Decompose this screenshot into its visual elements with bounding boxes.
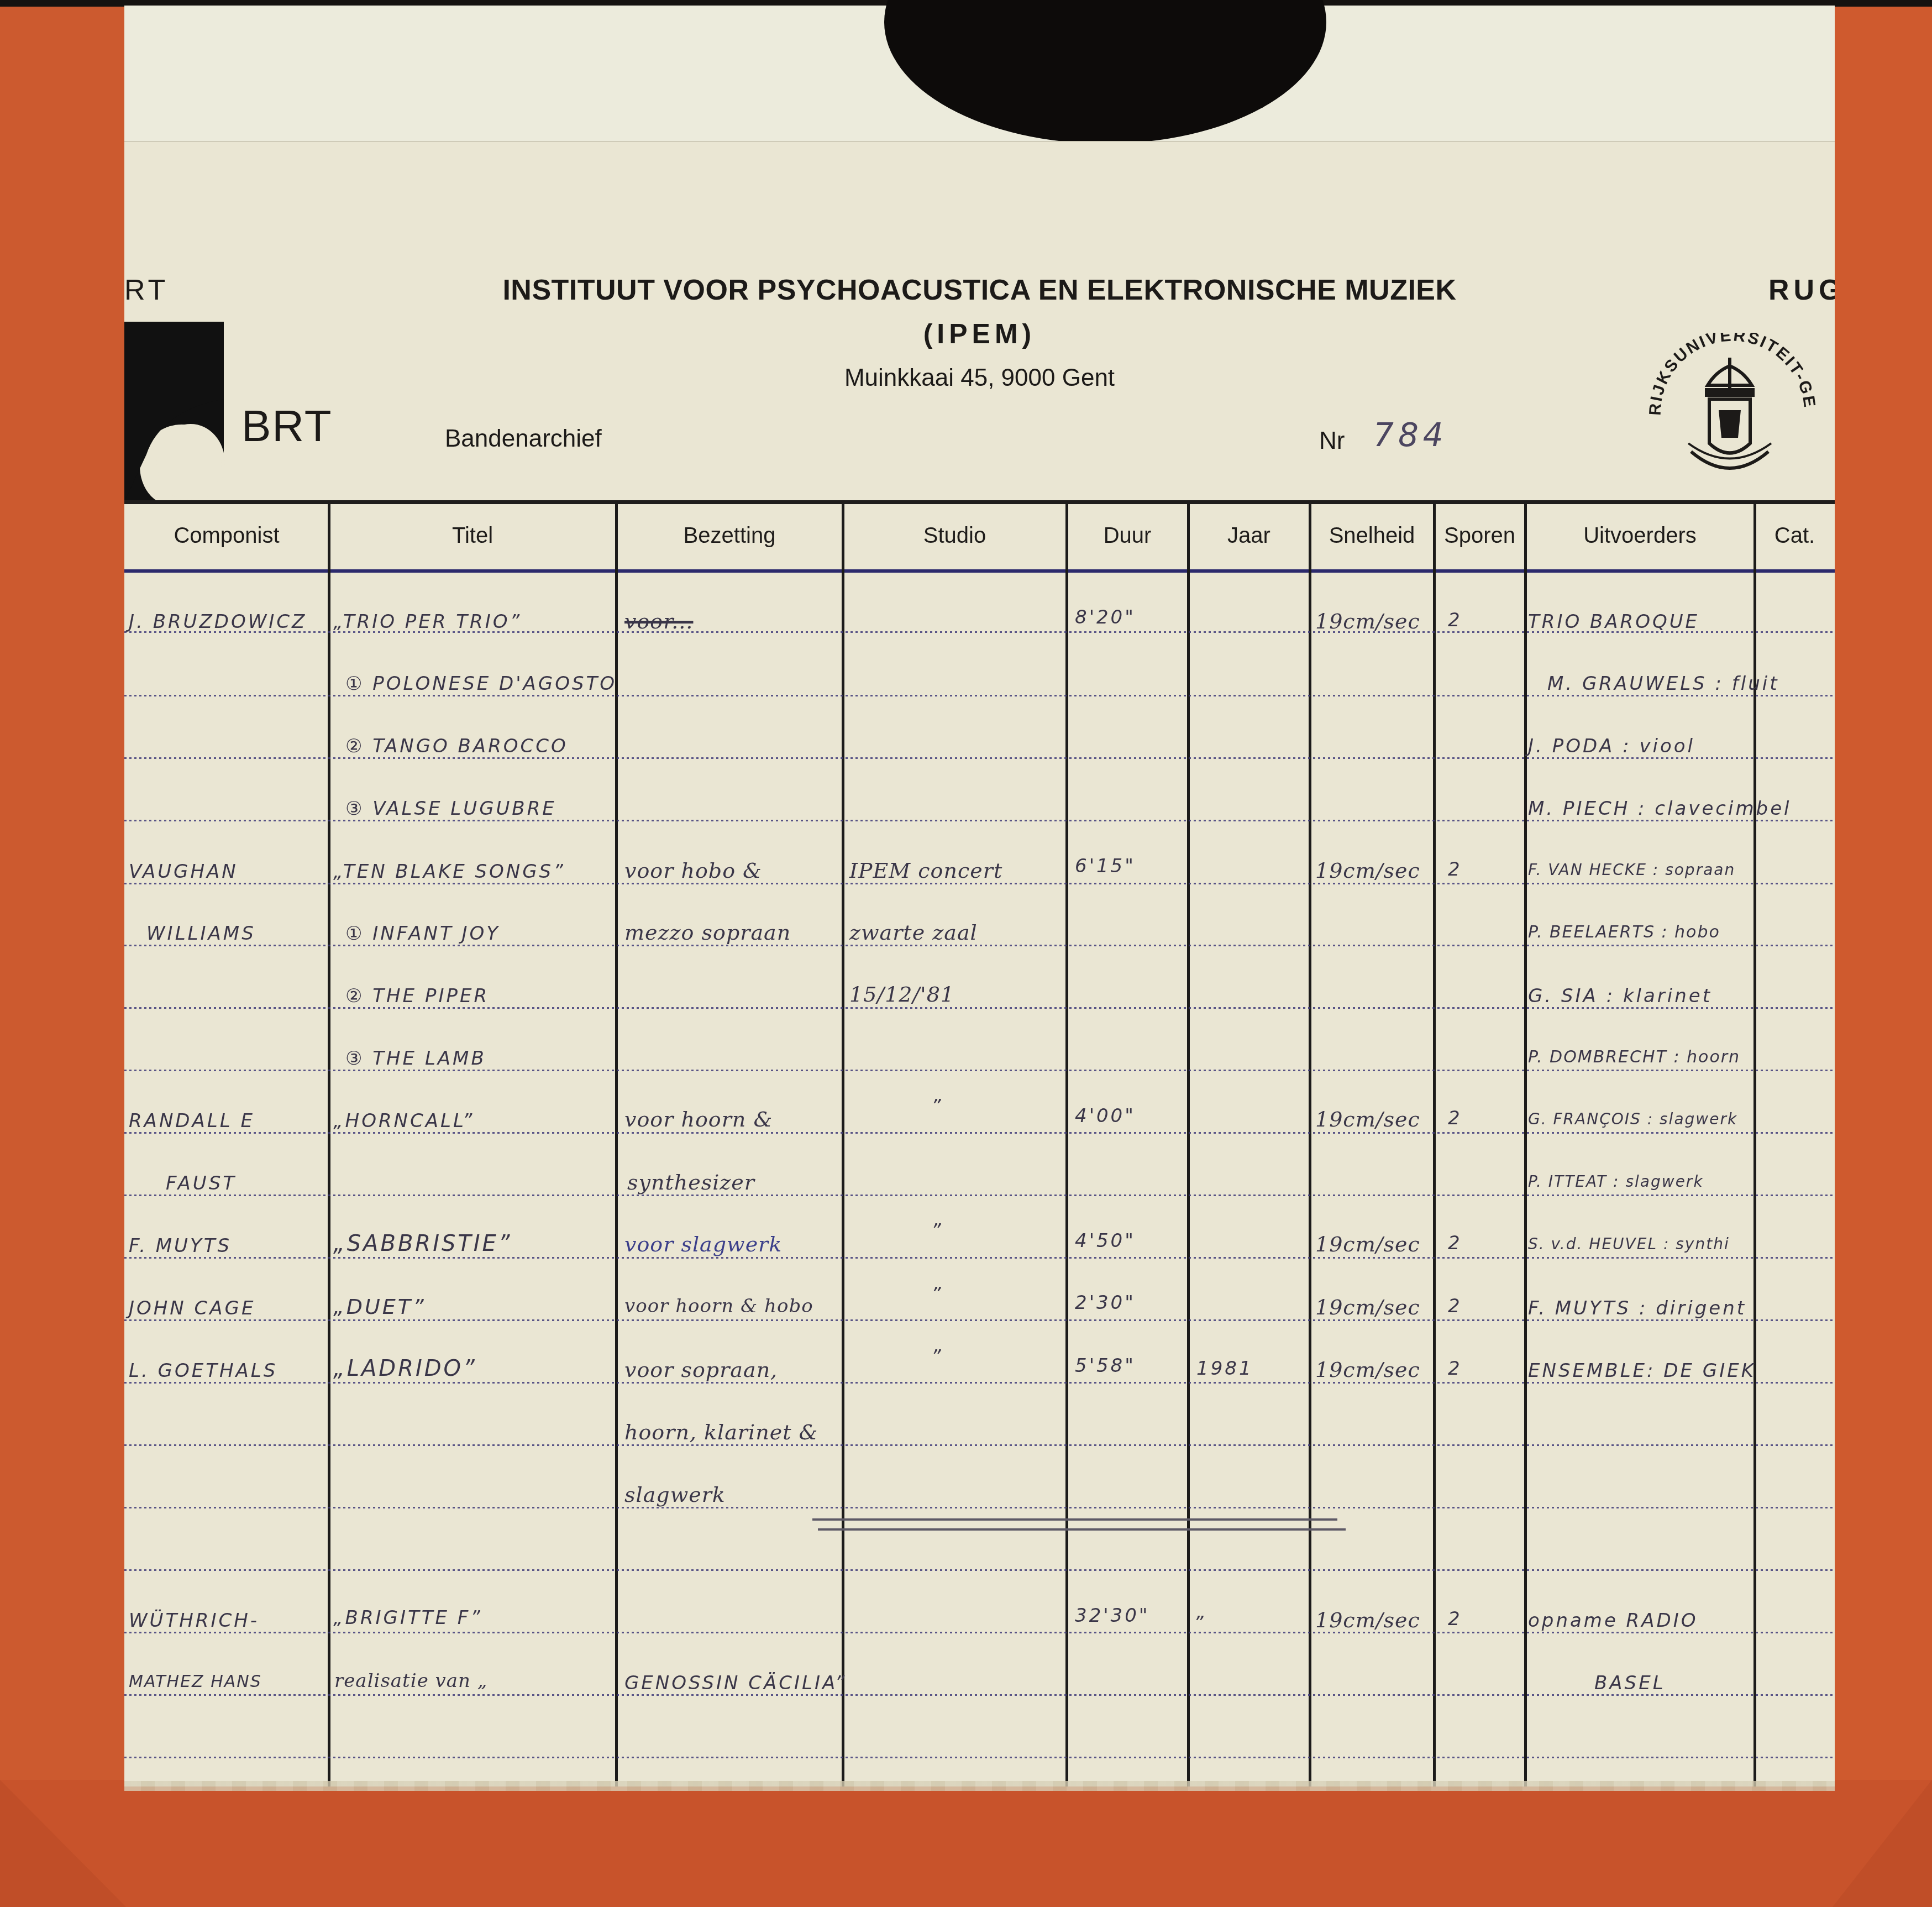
cell-bezetting: voor hoorn & hobo [624,1295,813,1317]
column-divider [615,504,618,1786]
row-rule [124,1007,1835,1009]
cell-duur: 8'20" [1075,606,1136,628]
row-rule [124,1694,1835,1696]
cell-jaar: 1981 [1196,1358,1253,1380]
cell-uitvoerders: M. GRAUWELS : fluit [1547,673,1779,695]
cell-titel: „HORNCALL” [333,1110,474,1132]
brt-logo-icon [124,322,227,501]
column-divider [1754,504,1756,1786]
archive-label: Bandenarchief [445,425,602,453]
end-of-entries-line [812,1518,1337,1521]
cell-duur: 32'30" [1075,1605,1150,1627]
row-rule [124,695,1835,696]
cell-jaar: ” [1194,1612,1206,1634]
tape-sleeve [124,6,1835,144]
row-rule [124,1070,1835,1071]
row-rule [124,757,1835,759]
row-rule [124,1507,1835,1508]
cell-snelheid: 19cm/sec [1315,858,1420,883]
column-divider [1065,504,1068,1786]
cell-snelheid: 19cm/sec [1315,609,1420,633]
cell-titel: ① INFANT JOY [345,923,500,945]
row-rule [124,1132,1835,1134]
institute-title: INSTITUUT VOOR PSYCHOACUSTICA EN ELEKTRO… [124,274,1835,307]
cell-componist: F. MUYTS [129,1235,232,1257]
cell-bezetting: slagwerk [624,1482,726,1507]
cell-studio: ” [931,1346,943,1368]
cell-titel: ② TANGO BAROCCO [345,735,568,757]
column-divider [1524,504,1527,1786]
reel-hub-cutout [884,0,1326,144]
column-divider [1187,504,1190,1786]
cell-titel: „BRIGITTE F” [333,1607,482,1629]
cell-uitvoerders: P. BEELAERTS : hobo [1528,923,1720,942]
archive-number: 784 [1373,416,1448,454]
cell-uitvoerders: ENSEMBLE: DE GIEK [1528,1360,1756,1382]
cell-snelheid: 19cm/sec [1315,1358,1420,1382]
row-rule [124,1319,1835,1321]
col-header-uitvoerders: Uitvoerders [1525,523,1755,548]
university-seal-icon: RIJKSUNIVERSITEIT-GENT [1639,333,1821,499]
brt-wordmark: BRT [242,401,333,452]
cell-studio: IPEM concert [849,858,1002,883]
cell-componist: FAUST [166,1172,237,1195]
col-header-jaar: Jaar [1188,523,1310,548]
row-rule [124,1257,1835,1259]
cell-titel: ② THE PIPER [345,985,489,1007]
row-rule [124,1632,1835,1633]
orange-frame-bottom [0,1780,1932,1907]
cell-sporen: 2 [1448,609,1462,631]
cell-componist: WÜTHRICH- [129,1610,259,1632]
cell-titel: „LADRIDO” [333,1356,477,1381]
column-divider [1309,504,1311,1786]
cell-componist: J. BRUZDOWICZ [129,611,307,633]
cell-bezetting: voor... [624,609,693,633]
column-divider [328,504,330,1786]
header-underline [124,569,1835,573]
col-header-duur: Duur [1067,523,1188,548]
row-rule [124,1195,1835,1196]
cell-titel: ③ THE LAMB [345,1047,486,1070]
cell-uitvoerders: M. PIECH : clavecimbel [1528,798,1792,820]
cell-bezetting: voor slagwerk [624,1232,782,1256]
col-header-sporen: Sporen [1434,523,1525,548]
institute-address: Muinkkaai 45, 9000 Gent [124,364,1835,392]
cell-duur: 4'50" [1075,1230,1136,1252]
row-rule [124,1444,1835,1446]
cell-uitvoerders: P. ITTEAT : slagwerk [1528,1172,1704,1191]
cell-uitvoerders: S. v.d. HEUVEL : synthi [1528,1235,1730,1253]
cell-sporen: 2 [1448,1608,1462,1630]
institute-acronym: (IPEM) [124,318,1835,350]
col-header-titel: Titel [329,523,616,548]
column-divider [1433,504,1436,1786]
end-of-entries-line [818,1528,1346,1531]
col-header-snelheid: Snelheid [1310,523,1434,548]
cell-studio: ” [931,1220,943,1242]
cell-uitvoerders: P. DOMBRECHT : hoorn [1528,1047,1740,1067]
cell-bezetting: mezzo sopraan [624,920,791,945]
cell-bezetting: synthesizer [627,1170,755,1195]
cell-uitvoerders: opname RADIO [1528,1610,1698,1632]
cell-duur: 5'58" [1075,1355,1136,1377]
cell-bezetting: voor hoorn & [624,1107,773,1131]
cell-bezetting: voor sopraan, [624,1358,778,1382]
orange-frame-left [0,0,126,1907]
cell-bezetting: voor hobo & [624,858,762,883]
row-rule [124,1382,1835,1384]
torn-card-edge [124,1781,1835,1791]
cell-uitvoerders: G. FRANÇOIS : slagwerk [1528,1110,1737,1128]
cell-sporen: 2 [1448,1232,1462,1254]
right-edge-text: RUG [1768,274,1835,307]
row-rule [124,945,1835,946]
column-divider [842,504,844,1786]
frame-corner-left [0,1780,126,1907]
cell-titel: ③ VALSE LUGUBRE [345,798,556,820]
cell-uitvoerders: F. VAN HECKE : sopraan [1528,861,1735,879]
row-rule [124,1569,1835,1571]
cell-componist: RANDALL E [129,1110,255,1132]
cell-snelheid: 19cm/sec [1315,1608,1420,1632]
cell-sporen: 2 [1448,1295,1462,1317]
cell-snelheid: 19cm/sec [1315,1295,1420,1319]
cell-titel: „SABBRISTIE” [333,1231,512,1256]
cell-duur: 4'00" [1075,1105,1136,1127]
cell-studio: 15/12/'81 [849,982,954,1007]
cell-uitvoerders: TRIO BAROQUE [1528,611,1699,633]
cell-componist: VAUGHAN [129,861,238,883]
cell-titel: „TEN BLAKE SONGS” [333,861,565,883]
archive-card: RT INSTITUUT VOOR PSYCHOACUSTICA EN ELEK… [124,141,1835,1786]
cell-uitvoerders: G. SIA : klarinet [1528,985,1712,1007]
col-header-bezetting: Bezetting [616,523,843,548]
table-top-rule [124,500,1835,504]
cell-uitvoerders: F. MUYTS : dirigent [1528,1297,1746,1319]
cell-titel: „TRIO PER TRIO” [333,611,522,633]
frame-corner-right [1833,1780,1932,1907]
cell-bezetting: GENOSSIN CÄCILIA” [624,1672,847,1694]
col-header-cat: Cat. [1755,523,1835,548]
cell-uitvoerders: BASEL [1594,1672,1666,1694]
orange-frame-right [1831,0,1932,1907]
cell-uitvoerders: J. PODA : viool [1528,735,1695,757]
cell-duur: 6'15" [1075,855,1136,877]
cell-studio: ” [931,1283,943,1306]
cell-studio: zwarte zaal [849,920,978,945]
cell-bezetting: hoorn, klarinet & [624,1420,818,1444]
cell-componist: JOHN CAGE [129,1297,255,1319]
cell-titel: ① POLONESE D'AGOSTO [345,673,617,695]
cell-snelheid: 19cm/sec [1315,1232,1420,1256]
number-label: Nr [1319,427,1345,455]
cell-sporen: 2 [1448,1107,1462,1129]
cell-duur: 2'30" [1075,1292,1136,1314]
row-rule [124,883,1835,884]
cell-titel: realisatie van „ [334,1670,487,1692]
cell-componist: MATHEZ HANS [129,1672,262,1691]
cell-sporen: 2 [1448,1358,1462,1380]
cell-componist: WILLIAMS [146,923,256,945]
cell-componist: L. GOETHALS [129,1360,277,1382]
cell-studio: ” [931,1096,943,1118]
col-header-componist: Componist [124,523,329,548]
cell-sporen: 2 [1448,858,1462,881]
row-rule [124,820,1835,821]
cell-snelheid: 19cm/sec [1315,1107,1420,1131]
row-rule [124,1757,1835,1758]
col-header-studio: Studio [843,523,1067,548]
cell-titel: „DUET” [333,1295,426,1319]
